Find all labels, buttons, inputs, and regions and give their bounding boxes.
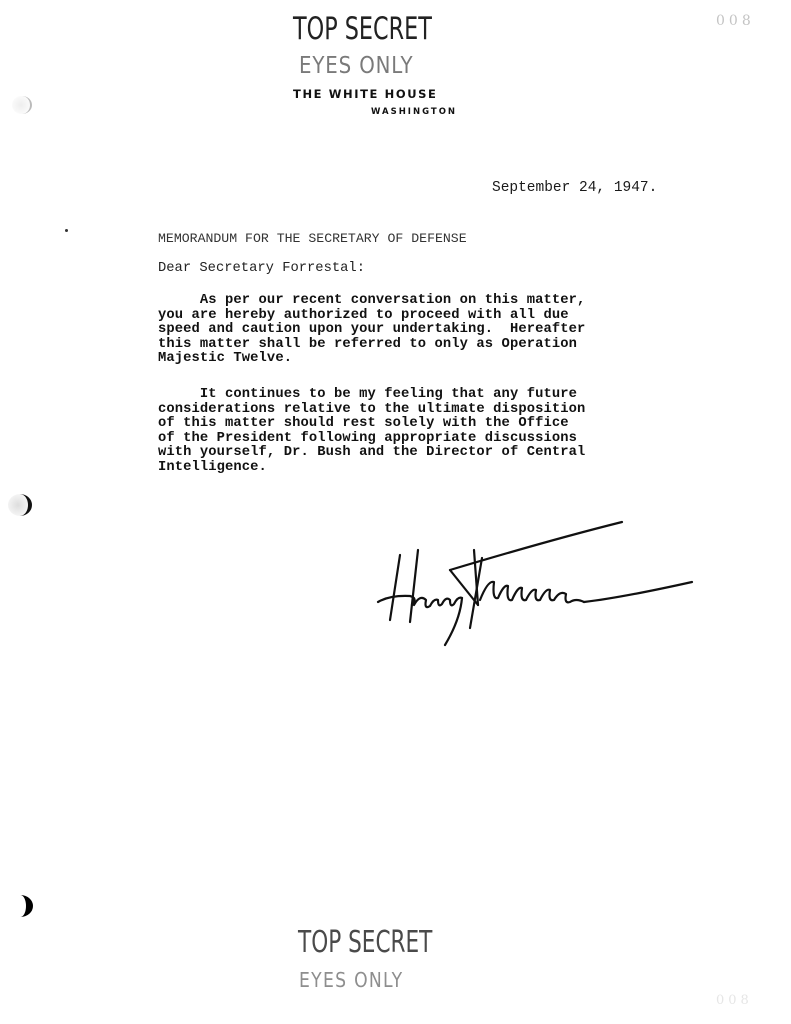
salutation: Dear Secretary Forrestal:	[158, 261, 365, 276]
page-number-top: 008	[716, 13, 755, 29]
stamp-bottom-eyes-only: EYES ONLY	[299, 970, 403, 990]
page-number-bottom: 008	[716, 993, 753, 1008]
memo-heading: MEMORANDUM FOR THE SECRETARY OF DEFENSE	[158, 231, 467, 246]
signature: Harry Truman	[370, 510, 700, 655]
body-paragraph-2: It continues to be my feeling that any f…	[158, 388, 585, 476]
body-paragraph-1: As per our recent conversation on this m…	[158, 294, 585, 367]
scan-speck	[65, 229, 68, 232]
stamp-top-secret: TOP SECRET	[293, 14, 432, 45]
memo-date: September 24, 1947.	[492, 180, 657, 196]
letterhead-city: WASHINGTON	[371, 107, 457, 117]
stamp-bottom-top-secret: TOP SECRET	[298, 928, 432, 958]
punch-hole-middle	[8, 494, 32, 516]
letterhead-organization: THE WHITE HOUSE	[293, 87, 438, 101]
punch-hole-bottom	[8, 895, 33, 917]
stamp-eyes-only: EYES ONLY	[299, 55, 414, 78]
punch-hole-top	[12, 96, 32, 114]
